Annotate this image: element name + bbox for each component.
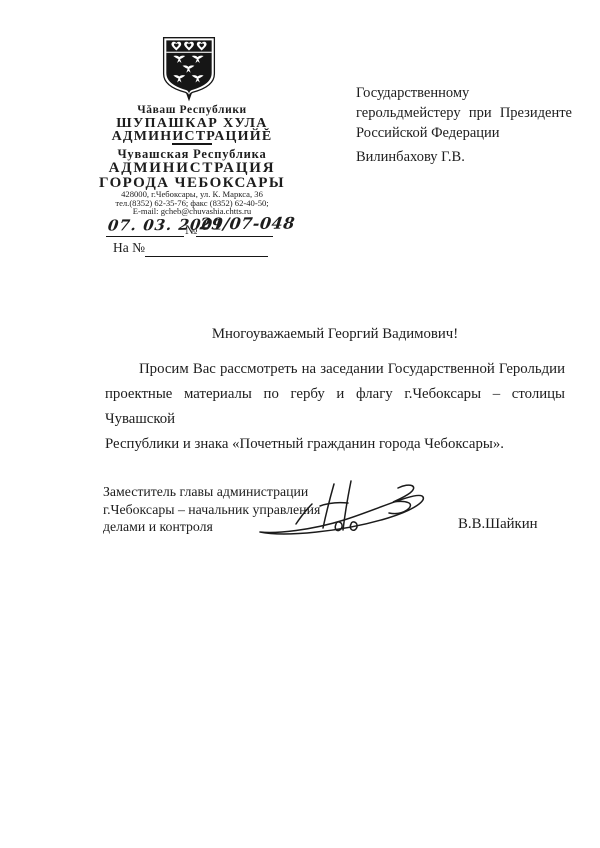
- body-paragraph: Просим Вас рассмотреть на заседании Госу…: [105, 357, 565, 457]
- recipient-line2: герольдмейстеру при Президенте: [356, 103, 572, 123]
- coat-of-arms-emblem: [162, 36, 216, 102]
- recipient-block: Государственному герольдмейстеру при Пре…: [356, 83, 572, 167]
- outgoing-number-handwritten: 29/07-048: [199, 214, 296, 234]
- recipient-name: Вилинбахову Г.В.: [356, 147, 572, 167]
- letterhead-chuvash-republic: Чăваш Республики: [62, 104, 322, 116]
- recipient-line1: Государственному: [356, 83, 572, 103]
- letter-page: Чăваш Республики ШУПАШКАР ХУЛА АДМИНИСТР…: [0, 0, 600, 848]
- reply-to-label: На №: [113, 240, 145, 256]
- body-line: проектные материалы по гербу и флагу г.Ч…: [105, 382, 565, 432]
- recipient-line3: Российской Федерации: [356, 123, 572, 143]
- date-underline: [106, 236, 184, 237]
- letterhead-divider: [172, 143, 212, 145]
- body-line: Просим Вас рассмотреть на заседании Госу…: [105, 357, 565, 382]
- salutation: Многоуважаемый Георгий Вадимович!: [105, 326, 565, 343]
- handwritten-signature: [256, 480, 436, 542]
- body-line: Республики и знака «Почетный гражданин г…: [105, 432, 565, 457]
- chief-separator: [166, 52, 211, 53]
- reply-to-underline: [145, 256, 268, 257]
- number-underline: [196, 236, 273, 237]
- signer-name: В.В.Шайкин: [458, 516, 538, 533]
